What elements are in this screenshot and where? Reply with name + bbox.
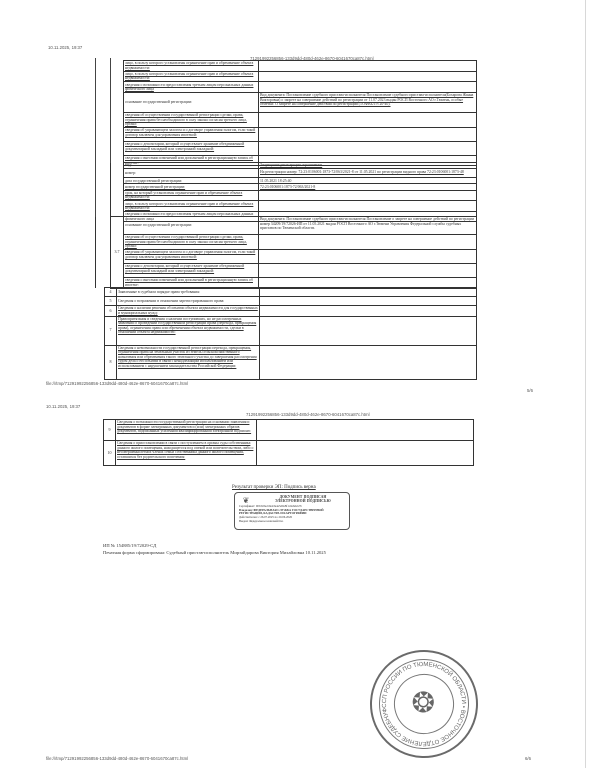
page-number: 6/6 [525,756,531,761]
print-url-title: 71291992256856-133d9dd-480d-462e-8670-60… [246,412,370,417]
encumbrance-table-block-b: вид:Запрещение регистрации ограничения н… [110,162,477,222]
print-datetime: 10.11.2025, 19:37 [46,404,80,409]
encumbrance-table-block-a: лицо, в пользу которого установлены огра… [123,60,477,166]
svg-text:УФССП РОССИИ ПО ТЮМЕНСКОЙ ОБЛА: УФССП РОССИИ ПО ТЮМЕНСКОЙ ОБЛАСТИ • ВОСТ… [358,638,477,761]
table-row: 3.7 основание государственной регистраци… [96,217,477,235]
numbered-sections-table-continued: 9Сведения о возможности государственной … [103,419,474,466]
section-number: 3.7 [111,217,124,289]
table-row: лицо, в пользу которого установлены огра… [124,71,477,82]
table-row: сведения о депозитарии, который осуществ… [96,264,477,278]
table-row: 7Правопритязания и сведения о наличии по… [105,316,477,345]
table-row: сведения об управляющем залогом и о дого… [124,127,477,141]
table-row: 9Сведения о возможности государственной … [104,420,474,441]
table-row: 5Сведения о возражении в отношении зарег… [105,297,477,306]
footer-url: file:///tmp/71291992256856-133d9dd-480d-… [46,381,188,386]
numbered-sections-table: 4Заявленные в судебном порядке права тре… [104,287,477,380]
table-row: 6Сведения о наличии решения об изъятии о… [105,306,477,317]
print-form-note: Печатная форма сформирована: Судебный пр… [103,550,326,555]
encumbrance-table-block-c: 3.7 основание государственной регистраци… [95,216,477,289]
table-row: номер:На регистрации номер: 72:23:010600… [111,169,477,178]
signature-check-title: Результат проверки ЭП: Подпись верна [232,485,316,490]
table-row: 8Сведения о невозможности государственно… [105,345,477,379]
coat-of-arms-icon: ❦ [241,496,251,505]
table-row: сведения о возможности предоставления тр… [124,82,477,93]
table-row: сведения об осуществлении государственно… [124,112,477,127]
bailiff-seal-stamp: ❂ УФССП РОССИИ ПО ТЮМЕНСКОЙ ОБЛАСТИ • ВО… [356,636,492,768]
table-row: лицо, в пользу которого установлены огра… [124,61,477,72]
page-edge-line [585,0,586,768]
table-row: сведения об управляющем залогом и о дого… [96,250,477,264]
table-row: основание государственной регистрации:Ви… [124,92,477,112]
seal-text-ring: УФССП РОССИИ ПО ТЮМЕНСКОЙ ОБЛАСТИ • ВОСТ… [358,638,489,768]
enforcement-case-number: ИП № 154885/19/72029-СД [103,543,156,548]
table-row: 4Заявленные в судебном порядке права тре… [105,288,477,297]
table-row: срок, на который установлены ограничение… [111,190,477,201]
table-row: лицо, в пользу которого установлены огра… [111,201,477,212]
electronic-signature-stamp: ❦ ДОКУМЕНТ ПОДПИСАН ЭЛЕКТРОННОЙ ПОДПИСЬЮ… [234,492,350,530]
footer-url: file:///tmp/71291992256856-133d9dd-480d-… [46,756,188,761]
table-row: сведения о депозитарии, который осуществ… [124,141,477,155]
print-datetime: 10.11.2025, 19:37 [48,45,82,50]
table-row: сведения об осуществлении государственно… [96,235,477,250]
table-row: 10Сведения о приостановлении в связи с п… [104,441,474,466]
page-number: 5/6 [527,388,533,393]
